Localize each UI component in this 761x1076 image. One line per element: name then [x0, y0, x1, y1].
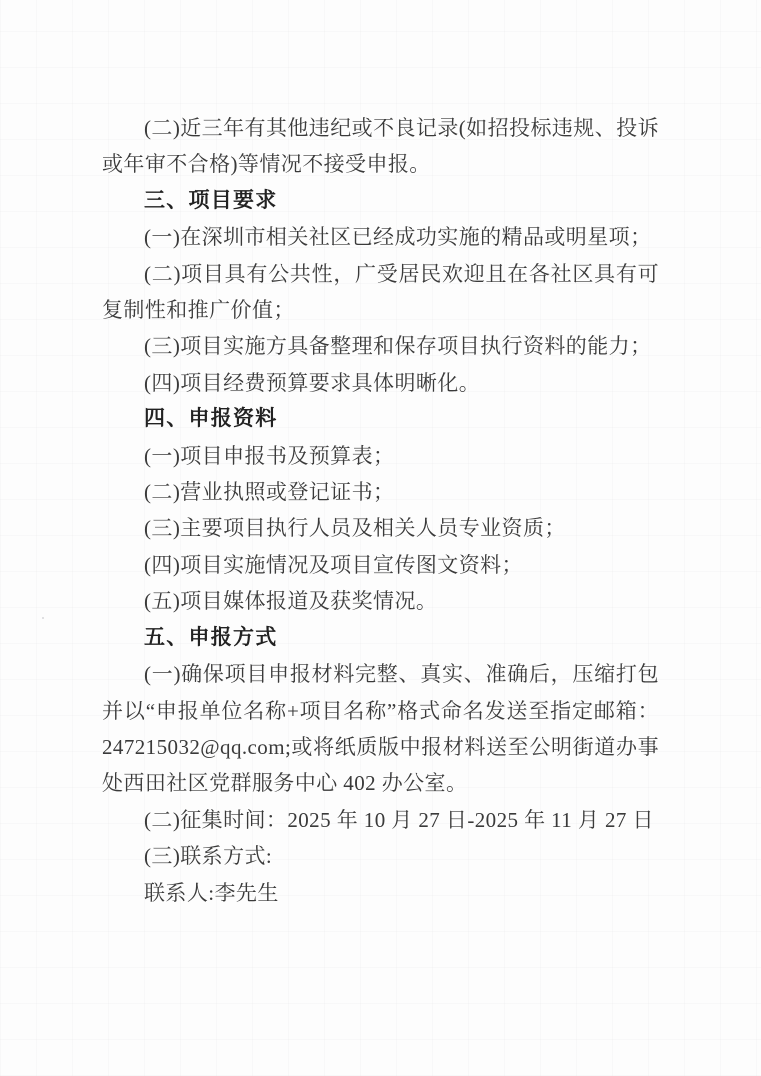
heading-application-method: 五、申报方式: [102, 620, 659, 656]
body-paragraph: (三)主要项目执行人员及相关人员专业资质；: [102, 510, 659, 546]
body-paragraph-collection-period: (二)征集时间：2025 年 10 月 27 日-2025 年 11 月 27 …: [102, 802, 659, 838]
body-paragraph: (五)项目媒体报道及获奖情况。: [102, 583, 659, 619]
document-body: (二)近三年有其他违纪或不良记录(如招投标违规、投诉或年审不合格)等情况不接受申…: [102, 110, 659, 911]
heading-project-requirements: 三、项目要求: [102, 183, 659, 219]
body-paragraph: (四)项目经费预算要求具体明晰化。: [102, 365, 659, 401]
body-paragraph: (三)项目实施方具备整理和保存项目执行资料的能力；: [102, 328, 659, 364]
body-paragraph: (二)近三年有其他违纪或不良记录(如招投标违规、投诉或年审不合格)等情况不接受申…: [102, 110, 659, 183]
body-paragraph-contact-person: 联系人:李先生: [102, 875, 659, 911]
scan-speck: [42, 617, 44, 619]
body-paragraph-contact-method: (三)联系方式:: [102, 838, 659, 874]
body-paragraph: (四)项目实施情况及项目宣传图文资料；: [102, 547, 659, 583]
body-paragraph: (二)项目具有公共性，广受居民欢迎且在各社区具有可复制性和推广价值；: [102, 256, 659, 329]
body-paragraph: (一)在深圳市相关社区已经成功实施的精品或明星项；: [102, 219, 659, 255]
body-paragraph-submission: (一)确保项目申报材料完整、真实、准确后，压缩打包并以“申报单位名称+项目名称”…: [102, 656, 659, 802]
body-paragraph: (一)项目申报书及预算表；: [102, 438, 659, 474]
document-page: (二)近三年有其他违纪或不良记录(如招投标违规、投诉或年审不合格)等情况不接受申…: [0, 0, 761, 1076]
body-paragraph: (二)营业执照或登记证书；: [102, 474, 659, 510]
heading-application-materials: 四、申报资料: [102, 401, 659, 437]
